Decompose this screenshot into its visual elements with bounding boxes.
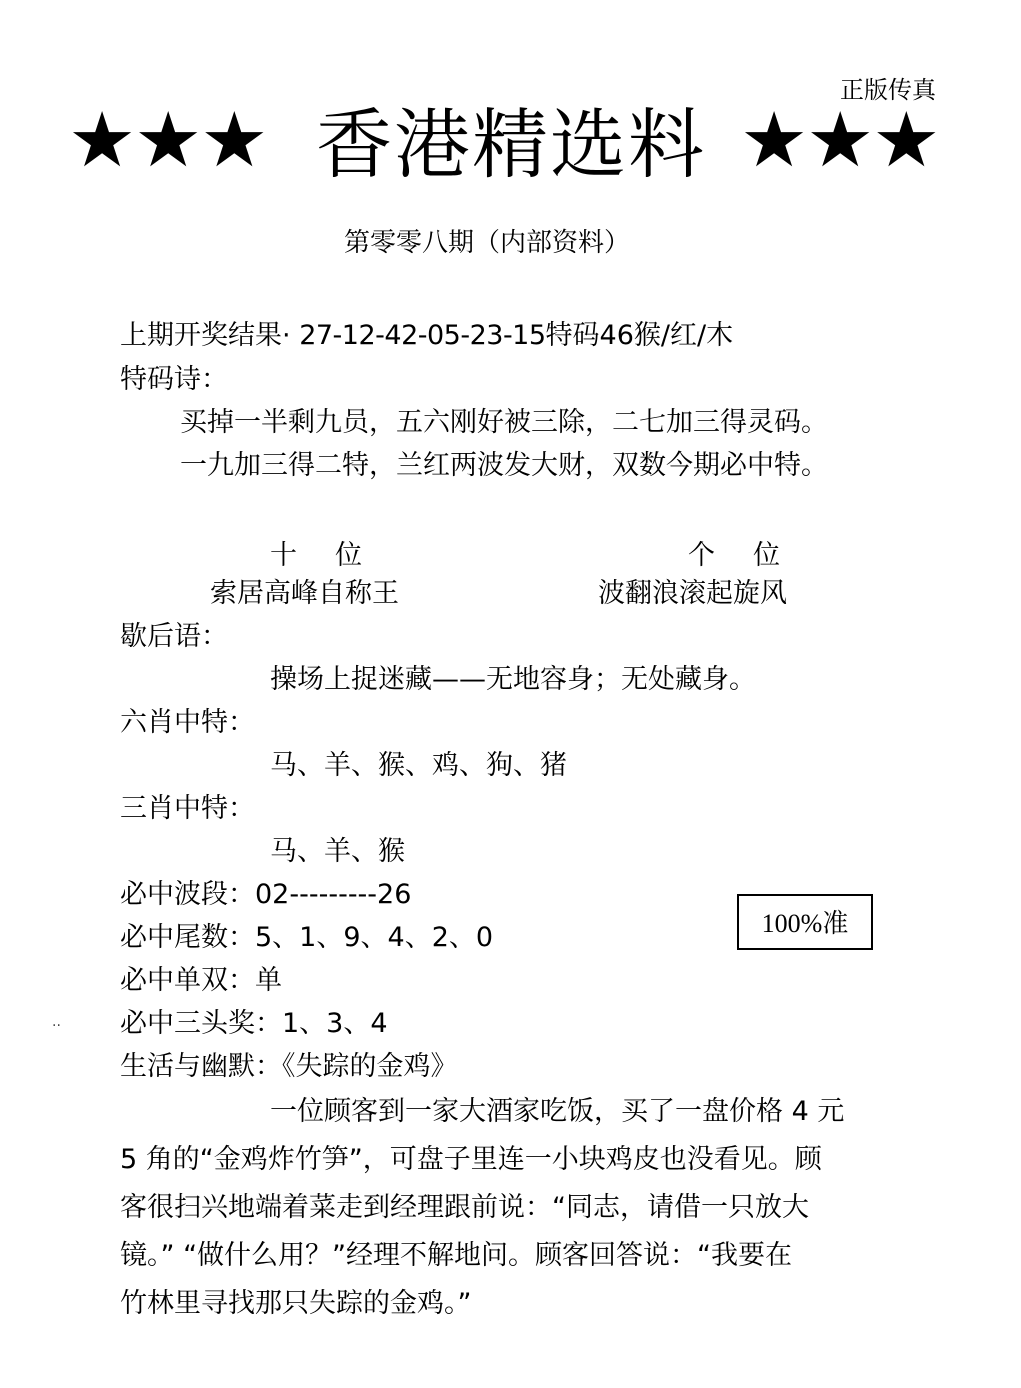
star-icons-left: ★★★ xyxy=(68,100,266,180)
accuracy-badge: 100%准 xyxy=(737,894,873,950)
pick-value: 1、3、4 xyxy=(282,1008,388,1039)
humor-heading: 生活与幽默：《失踪的金鸡》 xyxy=(120,1049,458,1085)
xiehouyu-text: 操场上捉迷藏——无地容身；无处藏身。 xyxy=(270,662,756,698)
pick-value: 单 xyxy=(255,965,282,996)
units-clue: 波翻浪滚起旋风 xyxy=(598,576,787,612)
pick-row-tail: 必中尾数：5、1、9、4、2、0 xyxy=(120,920,493,956)
units-header: 个位 xyxy=(688,533,818,572)
last-result-numbers: 27-12-42-05-23-15 xyxy=(299,320,545,351)
last-result-label: 上期开奖结果· xyxy=(120,320,291,351)
three-zodiac-value: 马、羊、猴 xyxy=(270,834,405,870)
humor-title: 《失踪的金鸡》 xyxy=(282,1051,458,1082)
story-line: 竹林里寻找那只失踪的金鸡。” xyxy=(120,1282,472,1326)
pick-label: 必中三头奖： xyxy=(120,1008,282,1039)
pick-row-odd-even: 必中单双：单 xyxy=(120,963,282,999)
pick-row-wave: 必中波段：02---------26 xyxy=(120,877,411,913)
tens-clue: 索居高峰自称王 xyxy=(210,576,399,612)
humor-label: 生活与幽默： xyxy=(120,1051,282,1082)
pick-value: 5、1、9、4、2、0 xyxy=(255,922,493,953)
six-zodiac-label: 六肖中特： xyxy=(120,705,255,741)
tens-header: 十位 xyxy=(270,533,400,572)
poem-line: 一九加三得二特，兰红两波发大财，双数今期必中特。 xyxy=(180,448,828,484)
story-line: 一位顾客到一家大酒家吃饭，买了一盘价格 4 元 xyxy=(270,1090,844,1134)
story-line: 5 角的“金鸡炸竹笋”，可盘子里连一小块鸡皮也没看见。顾 xyxy=(120,1138,822,1182)
page-title: 香港精选料 xyxy=(316,100,706,190)
poem-line: 买掉一半剩九员，五六刚好被三除，二七加三得灵码。 xyxy=(180,405,828,441)
stray-mark: ·· xyxy=(52,1018,61,1034)
last-result-row: 上期开奖结果· 27-12-42-05-23-15特码46猴/红/木 xyxy=(120,318,733,354)
issue-subtitle: 第零零八期（内部资料） xyxy=(344,222,630,259)
story-line: 镜。” “做什么用？”经理不解地问。顾客回答说：“我要在 xyxy=(120,1234,792,1278)
pick-label: 必中尾数： xyxy=(120,922,255,953)
xiehouyu-label: 歇后语： xyxy=(120,619,228,655)
poem-label: 特码诗： xyxy=(120,362,228,398)
pick-value: 02---------26 xyxy=(255,879,411,910)
last-result-special: 特码46猴/红/木 xyxy=(546,320,734,351)
star-icons-right: ★★★ xyxy=(740,100,938,180)
story-line: 客很扫兴地端着菜走到经理跟前说：“同志，请借一只放大 xyxy=(120,1186,809,1230)
six-zodiac-value: 马、羊、猴、鸡、狗、猪 xyxy=(270,748,567,784)
three-zodiac-label: 三肖中特： xyxy=(120,791,255,827)
pick-label: 必中波段： xyxy=(120,879,255,910)
pick-label: 必中单双： xyxy=(120,965,255,996)
pick-row-head: 必中三头奖：1、3、4 xyxy=(120,1006,388,1042)
